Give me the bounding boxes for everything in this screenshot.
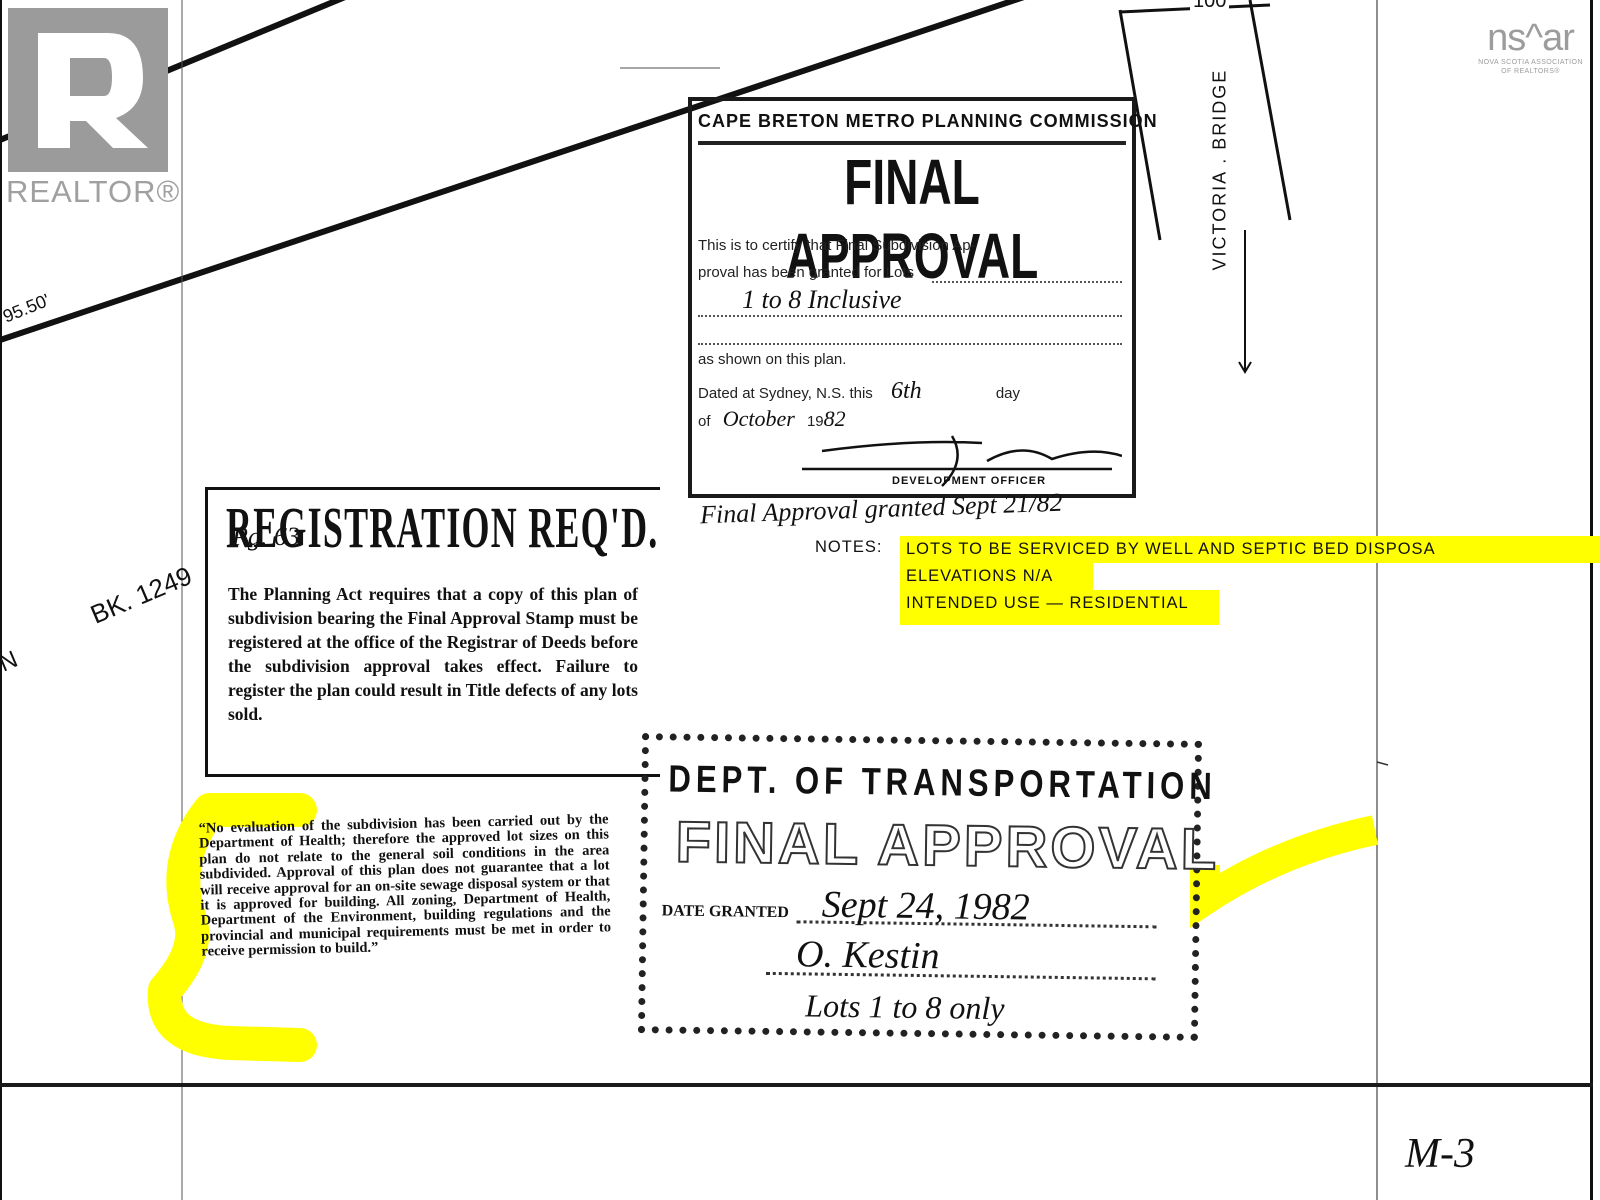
nsar-subtitle-2: OF REALTORS® <box>1463 67 1598 76</box>
page-identifier: M-3 <box>1405 1130 1475 1178</box>
left-dimension-label: 95.50' <box>0 290 53 328</box>
cb-lots-handwritten: 1 to 8 Inclusive <box>742 285 902 315</box>
dot-date-handwritten: Sept 24, 1982 <box>821 883 1030 930</box>
edge-letter-label: N <box>0 646 22 679</box>
realtor-r-icon <box>8 8 168 172</box>
cb-dated-prefix: Dated at Sydney, N.S. this <box>698 385 873 402</box>
cb-certify-line-1: This is to certify that Final Subdivisio… <box>698 237 976 254</box>
dot-stamp-title: FINAL APPROVAL <box>675 809 1219 884</box>
nsar-subtitle-1: NOVA SCOTIA ASSOCIATION <box>1463 58 1598 67</box>
top-dimension-label: 100 <box>1190 0 1229 13</box>
bottom-border-rule <box>0 1083 1593 1087</box>
note-item: LOTS TO BE SERVICED BY WELL AND SEPTIC B… <box>900 536 1600 563</box>
cb-stamp-header: CAPE BRETON METRO PLANNING COMMISSION <box>698 111 1158 132</box>
note-item: ELEVATIONS N/A <box>900 563 1093 590</box>
book-reference-label: BK. 1249 <box>86 560 197 630</box>
cb-officer-label: DEVELOPMENT OFFICER <box>892 475 1046 487</box>
dot-lots-handwritten: Lots 1 to 8 only <box>805 987 1005 1027</box>
reg-stamp-body: The Planning Act requires that a copy of… <box>228 582 638 726</box>
cb-day-handwritten: 6th <box>891 378 922 404</box>
road-label: VICTORIA . BRIDGE <box>1210 71 1231 271</box>
cb-dotted-line <box>698 343 1122 345</box>
cb-dotted-line <box>932 281 1122 283</box>
cb-dotted-line <box>698 315 1122 317</box>
transportation-approval-stamp: DEPT. OF TRANSPORTATION FINAL APPROVAL D… <box>638 733 1202 1041</box>
nsar-logo: ns^ar NOVA SCOTIA ASSOCIATION OF REALTOR… <box>1463 18 1598 76</box>
notes-list: LOTS TO BE SERVICED BY WELL AND SEPTIC B… <box>900 536 1600 625</box>
cb-of-prefix: of <box>698 413 711 430</box>
cb-dated-line: Dated at Sydney, N.S. this 6th day <box>698 378 1020 405</box>
cb-certify-line-2: proval has been granted for Lots <box>698 264 914 281</box>
page-border-left <box>0 0 2 1200</box>
dot-stamp-header: DEPT. OF TRANSPORTATION <box>668 758 1217 809</box>
dot-date-label: DATE GRANTED <box>662 902 790 922</box>
cb-shown-line: as shown on this plan. <box>698 351 846 368</box>
nsar-wordmark: ns^ar <box>1463 18 1598 58</box>
health-disclaimer: “No evaluation of the subdivision has be… <box>198 812 611 960</box>
notes-label: NOTES: <box>815 538 882 557</box>
cb-day-suffix: day <box>996 385 1020 402</box>
note-item: INTENDED USE — RESIDENTIAL <box>900 590 1219 625</box>
cape-breton-approval-stamp: CAPE BRETON METRO PLANNING COMMISSION FI… <box>688 97 1136 498</box>
realtor-logo <box>8 8 168 172</box>
dot-signature: O. Kestin <box>796 932 940 978</box>
cb-month-handwritten: October <box>723 406 795 431</box>
realtor-wordmark: REALTOR® <box>6 174 180 210</box>
reg-pen-mark: Pg. 63 <box>232 522 300 552</box>
